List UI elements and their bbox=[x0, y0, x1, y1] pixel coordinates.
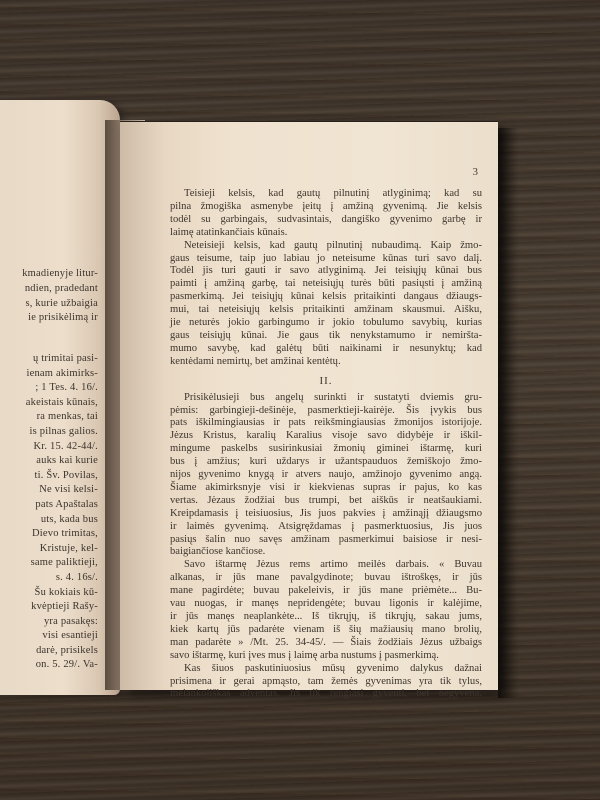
text-line: ndien, pradedant bbox=[0, 282, 98, 297]
text-line: pilna žmogiška asmenybe įeitų į amžiną g… bbox=[156, 201, 482, 214]
text-line: vau nuogas, ir manęs nepridengėte; buvau… bbox=[156, 598, 482, 611]
text-line: mane pagirdėte; buvau pakeleivis, ir jūs… bbox=[156, 585, 482, 598]
text-line: mui, tai neteisiųjų kelsis pritaikinti a… bbox=[156, 304, 482, 317]
text-line: akeistais kūnais, bbox=[0, 396, 98, 411]
paragraph-4: Savo ištarmę Jėzus rems artimo meilės da… bbox=[170, 559, 482, 662]
text-line: kiek kartų jūs padarėte vienam iš šių ma… bbox=[156, 624, 482, 637]
text-line: Neteisieji kelsis, kad gautų pilnutinį n… bbox=[170, 240, 482, 253]
text-line: visi esantieji bbox=[0, 629, 98, 644]
text-line: ti. Šv. Povilas, bbox=[0, 469, 98, 484]
text-line: Kreipdamasis į teisiuosius, Jis juos pak… bbox=[156, 508, 482, 521]
text-line: Kr. 15. 42-44/. bbox=[0, 440, 98, 455]
text-line: Kas šiuos paskutiniuosius mūsų gyvenimo … bbox=[170, 663, 482, 676]
text-line: vertas. Jėzaus žodžiai bus trumpi, bet a… bbox=[156, 495, 482, 508]
text-line: man padarėte » /Mt. 25. 34-45/. — Šiais … bbox=[156, 637, 482, 650]
text-line: pasmerkimą. Jei teisiųjų kūnai kelsis pr… bbox=[156, 291, 482, 304]
section-heading: II. bbox=[170, 375, 482, 388]
text-line: prisimena ir gerai apmąsto, tam žemės gy… bbox=[156, 676, 482, 689]
text-line: ie prisikėlimą ir bbox=[0, 311, 98, 326]
paragraph-2: Neteisieji kelsis, kad gautų pilnutinį n… bbox=[170, 240, 482, 369]
text-line: gaus teisume, taip juo labiau jo neteisu… bbox=[156, 253, 482, 266]
text-line: kentėdami nemirtų, bet amžinai kentėtų. bbox=[156, 356, 482, 369]
text-line: nijos gyvenimo knygą ir atvers naujo, am… bbox=[156, 469, 482, 482]
page-number: 3 bbox=[473, 166, 479, 178]
text-line: darė, prisikels bbox=[0, 644, 98, 659]
text-line: pats iškilmingiausias ir pats reikšmingi… bbox=[156, 417, 482, 430]
text-line: ir laimės gyvenimą. Atsigręždamas į pasm… bbox=[156, 521, 482, 534]
text-line: alkanas, ir jūs mane pavalgydinote; buva… bbox=[156, 572, 482, 585]
text-line: ; 1 Tes. 4. 16/. bbox=[0, 381, 98, 396]
text-line: kvėptieji Rašy- bbox=[0, 600, 98, 615]
text-line: same paliktieji, bbox=[0, 556, 98, 571]
text-line: Prisikėlusieji bus angelų surinkti ir su… bbox=[170, 392, 482, 405]
text-line: is pilnas galios. bbox=[0, 425, 98, 440]
paragraph-3: Prisikėlusieji bus angelų surinkti ir su… bbox=[170, 392, 482, 560]
text-line: savo ištarmę, kuri įves mus į laimę arba… bbox=[156, 650, 482, 663]
text-line: ra menkas, tai bbox=[0, 410, 98, 425]
text-line: kmadienyje litur- bbox=[0, 267, 98, 282]
text-line: pasiųs šalin nuo savęs amžinam pasmerkim… bbox=[156, 534, 482, 547]
text-line: uts, kada bus bbox=[0, 513, 98, 528]
paragraph-5: Kas šiuos paskutiniuosius mūsų gyvenimo … bbox=[170, 663, 482, 702]
text-line: mumo savybę, kad galėtų būti naikinami i… bbox=[156, 343, 482, 356]
text-line: Dievo trimitas, bbox=[0, 527, 98, 542]
text-line: gaus teisiųjų kūnai. Jie gaus tik nenyks… bbox=[156, 330, 482, 343]
page-body: Teisieji kelsis, kad gautų pilnutinį atl… bbox=[170, 188, 482, 701]
text-line: Teisieji kelsis, kad gautų pilnutinį atl… bbox=[170, 188, 482, 201]
text-line: jie neturės jokio garbingumo ir jokio to… bbox=[156, 317, 482, 330]
text-line: paimti į amžiną garbę, tai neteisiųjų tu… bbox=[156, 278, 482, 291]
text-line: yra pasakęs: bbox=[0, 615, 98, 630]
text-line: ienam akimirks- bbox=[0, 367, 98, 382]
text-line: s, kurie užbaigia bbox=[0, 297, 98, 312]
left-page-text: ų trimitai pasi- ienam akimirks- ; 1 Tes… bbox=[0, 352, 98, 673]
right-page: 3 Teisieji kelsis, kad gautų pilnutinį a… bbox=[120, 122, 498, 690]
text-line: baigiančiose kančiose. bbox=[156, 546, 482, 559]
left-page-text: kmadienyje litur- ndien, pradedant s, ku… bbox=[0, 267, 98, 326]
text-line: Todėl jis turi gauti ir savo atlyginimą.… bbox=[156, 265, 482, 278]
text-line: s. 4. 16s/. bbox=[0, 571, 98, 586]
text-line: Kristuje, kel- bbox=[0, 542, 98, 557]
text-line: Ne visi kelsi- bbox=[0, 483, 98, 498]
text-line: Jėzus Kristus, karalių Karalius visoje s… bbox=[156, 430, 482, 443]
text-line: Savo ištarmę Jėzus rems artimo meilės da… bbox=[170, 559, 482, 572]
text-line: Šiame akimirksnyje visi ir kiekvienas su… bbox=[156, 482, 482, 495]
text-line: ų trimitai pasi- bbox=[0, 352, 98, 367]
text-line: Šu kokiais kū- bbox=[0, 586, 98, 601]
left-page: kmadienyje litur- ndien, pradedant s, ku… bbox=[0, 100, 120, 695]
text-line: laimę atatinkančiais kūnais. bbox=[156, 227, 482, 240]
text-line: pėmis: garbingieji-dešinėje, pasmerktiej… bbox=[156, 405, 482, 418]
text-line: melankoliškas adventas. Jis tik rengiasi… bbox=[156, 688, 482, 701]
text-line: mingume paskelbs susirinkusiai žmonių gi… bbox=[156, 443, 482, 456]
page-shadow bbox=[498, 128, 518, 698]
text-line: bus į amžius; kuri uždarys ir užantspaud… bbox=[156, 456, 482, 469]
paragraph-1: Teisieji kelsis, kad gautų pilnutinį atl… bbox=[170, 188, 482, 240]
text-line: pats Apaštalas bbox=[0, 498, 98, 513]
text-line: auks kai kurie bbox=[0, 454, 98, 469]
text-line: todėl su garbingais, sudvasintais, dangi… bbox=[156, 214, 482, 227]
text-line: on. 5. 29/. Va- bbox=[0, 658, 98, 673]
text-line: ir jūs manęs neaplankėte... Iš tikrųjų, … bbox=[156, 611, 482, 624]
